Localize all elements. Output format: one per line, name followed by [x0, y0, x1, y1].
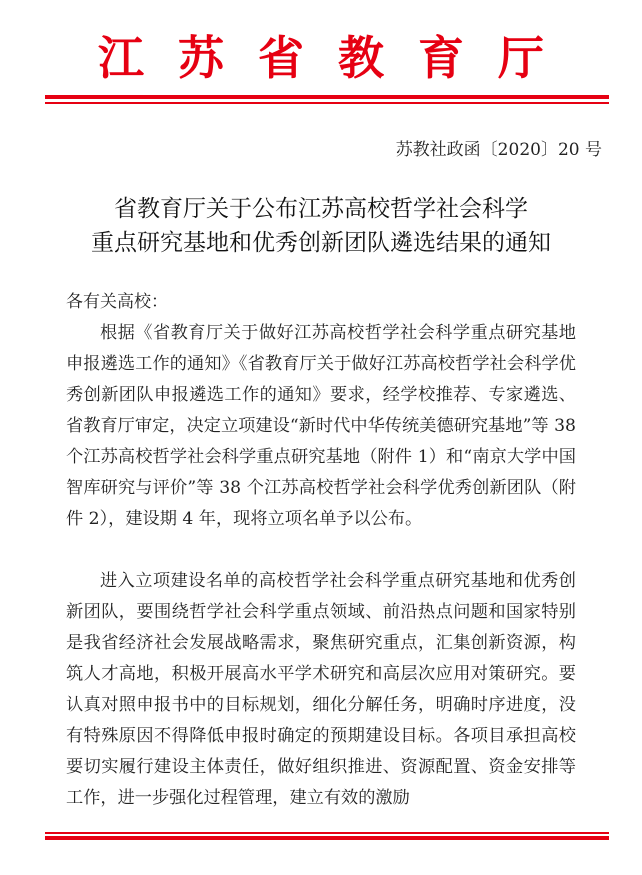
document-number: 苏教社政函〔2020〕20 号 [396, 135, 602, 160]
salutation: 各有关高校： [66, 287, 168, 312]
masthead-title: 江苏省教育厅 [0, 30, 642, 86]
document-body: 根据《省教育厅关于做好江苏高校哲学社会科学重点研究基地申报遴选工作的通知》《省教… [66, 318, 576, 535]
masthead-rule-thick [45, 95, 609, 99]
paragraph: 进入立项建设名单的高校哲学社会科学重点研究基地和优秀创新团队，要围绕哲学社会科学… [66, 566, 576, 814]
paragraph: 根据《省教育厅关于做好江苏高校哲学社会科学重点研究基地申报遴选工作的通知》《省教… [66, 318, 576, 535]
masthead-rule-thin [45, 102, 609, 104]
document-title: 省教育厅关于公布江苏高校哲学社会科学 重点研究基地和优秀创新团队遴选结果的通知 [0, 192, 642, 260]
title-line-2: 重点研究基地和优秀创新团队遴选结果的通知 [0, 226, 642, 260]
document-body-2: 进入立项建设名单的高校哲学社会科学重点研究基地和优秀创新团队，要围绕哲学社会科学… [66, 566, 576, 814]
footer-rule-thick [45, 836, 609, 840]
title-line-1: 省教育厅关于公布江苏高校哲学社会科学 [0, 192, 642, 226]
footer-rule-thin [45, 832, 609, 834]
